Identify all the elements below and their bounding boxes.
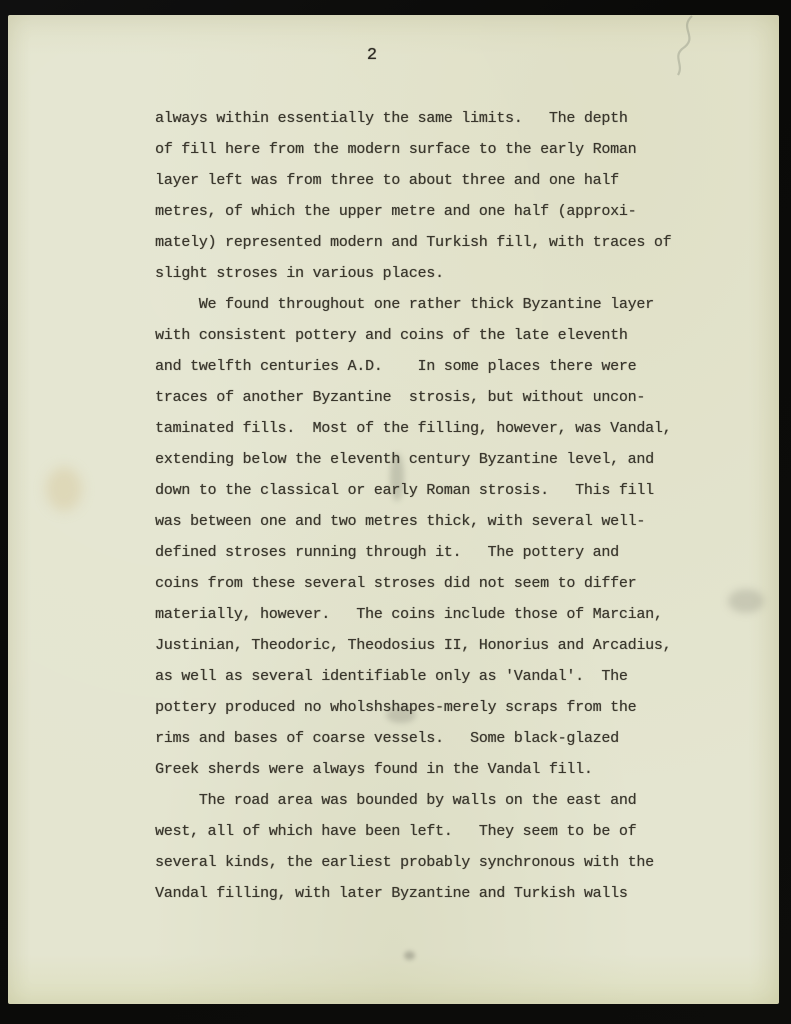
document-page: 2 always within essentially the same lim…: [8, 15, 779, 1004]
text-line: We found throughout one rather thick Byz…: [155, 289, 700, 320]
text-line: pottery produced no wholshshapes-merely …: [155, 692, 700, 723]
text-line: west, all of which have been left. They …: [155, 816, 700, 847]
stain: [728, 589, 764, 613]
text-line: rims and bases of coarse vessels. Some b…: [155, 723, 700, 754]
text-line: was between one and two metres thick, wi…: [155, 506, 700, 537]
text-line: defined stroses running through it. The …: [155, 537, 700, 568]
text-line: extending below the eleventh century Byz…: [155, 444, 700, 475]
text-line: taminated fills. Most of the filling, ho…: [155, 413, 700, 444]
text-line: The road area was bounded by walls on th…: [155, 785, 700, 816]
text-line: as well as several identifiable only as …: [155, 661, 700, 692]
text-line: of fill here from the modern surface to …: [155, 134, 700, 165]
stain: [404, 951, 415, 960]
text-line: with consistent pottery and coins of the…: [155, 320, 700, 351]
paragraph: The road area was bounded by walls on th…: [155, 785, 700, 909]
crease-mark: [640, 15, 730, 87]
text-line: Greek sherds were always found in the Va…: [155, 754, 700, 785]
text-line: Vandal filling, with later Byzantine and…: [155, 878, 700, 909]
text-line: down to the classical or early Roman str…: [155, 475, 700, 506]
paragraph: always within essentially the same limit…: [155, 103, 700, 289]
text-line: Justinian, Theodoric, Theodosius II, Hon…: [155, 630, 700, 661]
text-line: several kinds, the earliest probably syn…: [155, 847, 700, 878]
text-line: metres, of which the upper metre and one…: [155, 196, 700, 227]
text-line: and twelfth centuries A.D. In some place…: [155, 351, 700, 382]
text-line: traces of another Byzantine strosis, but…: [155, 382, 700, 413]
text-line: coins from these several stroses did not…: [155, 568, 700, 599]
text-line: layer left was from three to about three…: [155, 165, 700, 196]
text-line: slight stroses in various places.: [155, 258, 700, 289]
text-line: mately) represented modern and Turkish f…: [155, 227, 700, 258]
stain: [46, 467, 82, 511]
paragraph: We found throughout one rather thick Byz…: [155, 289, 700, 785]
text-line: always within essentially the same limit…: [155, 103, 700, 134]
text-line: materially, however. The coins include t…: [155, 599, 700, 630]
page-number: 2: [360, 46, 384, 65]
text-block: always within essentially the same limit…: [155, 103, 700, 909]
